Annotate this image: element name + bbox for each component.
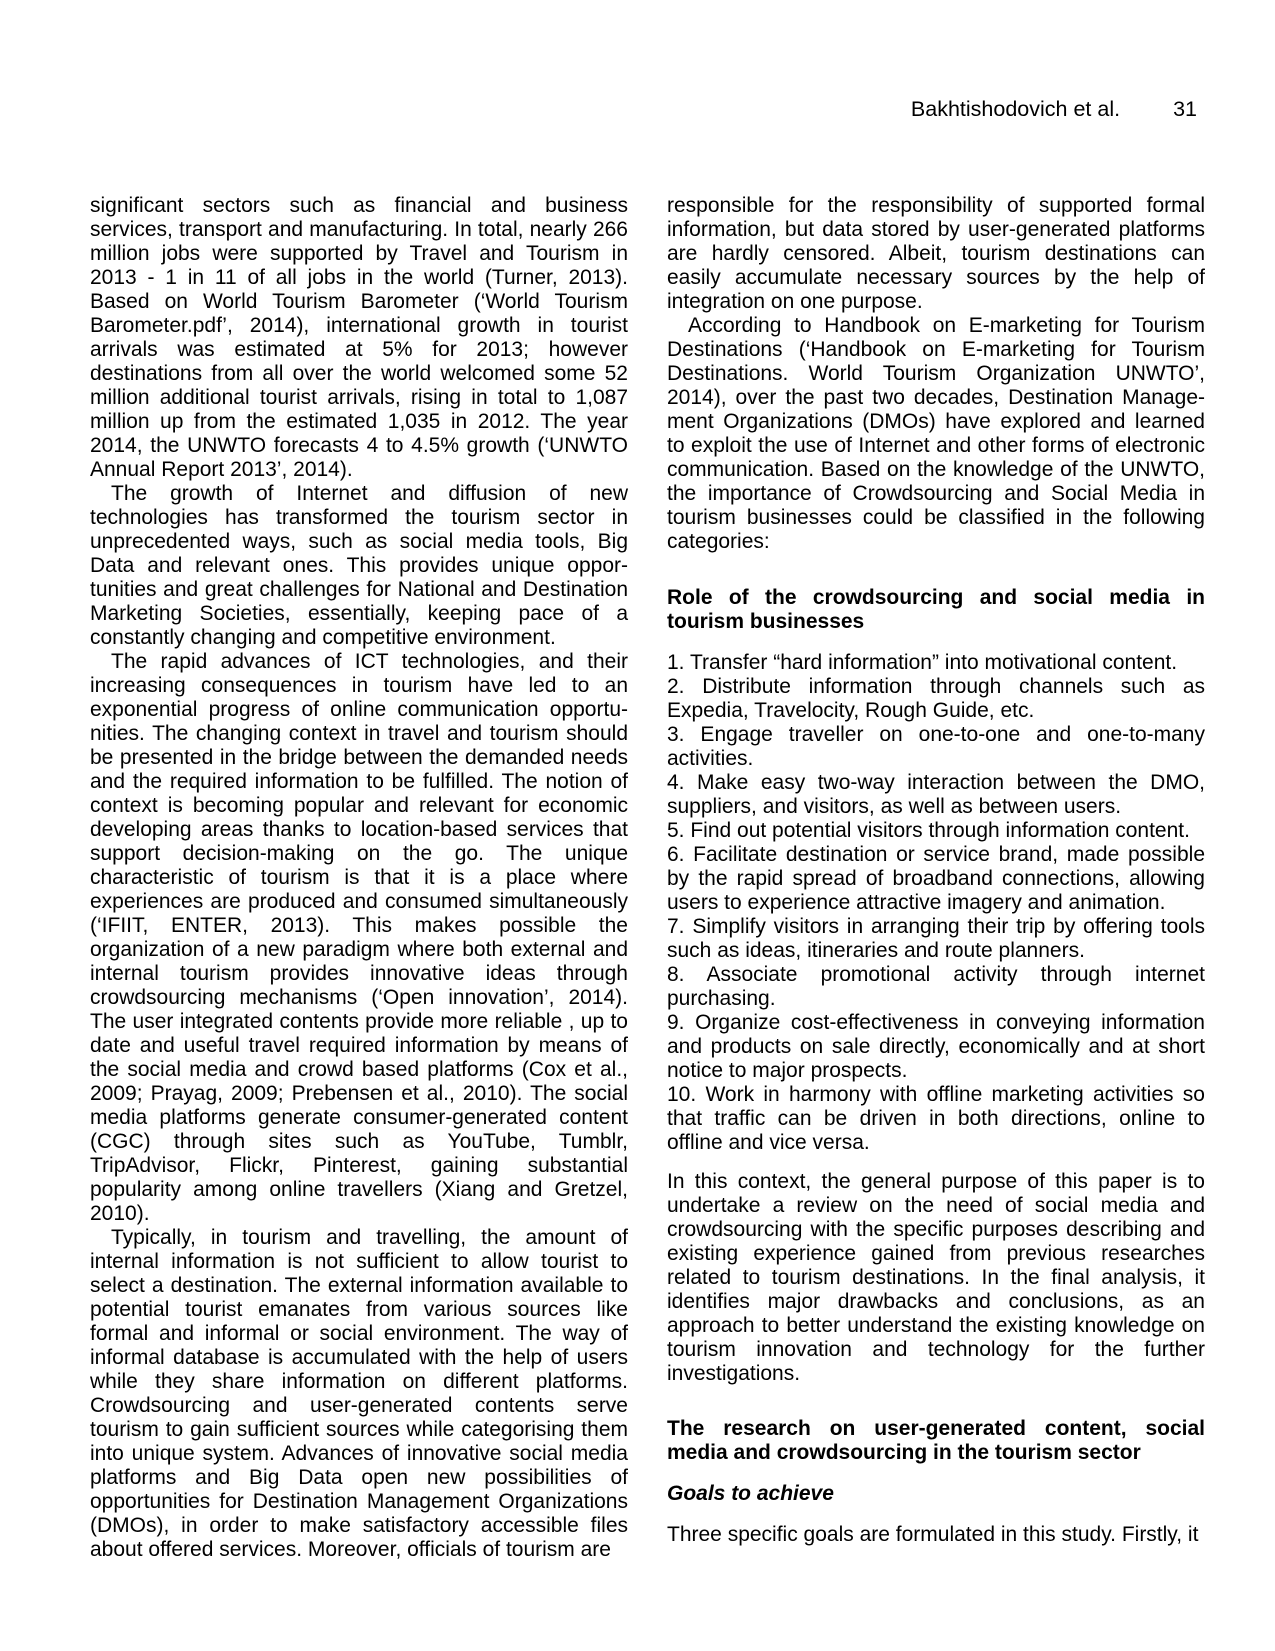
paragraph: The growth of Internet and diffusion of …	[90, 482, 628, 650]
list-item-5: 5. Find out potential visitors through i…	[667, 819, 1205, 843]
paragraph: Three specific goals are formulated in t…	[667, 1523, 1205, 1547]
list-item-7: 7. Simplify visitors in arranging their …	[667, 915, 1205, 963]
list-item-9: 9. Organize cost-effectiveness in convey…	[667, 1011, 1205, 1083]
paragraph: Typically, in tourism and travelling, th…	[90, 1226, 628, 1562]
section-heading-research: The research on user-generated content, …	[667, 1417, 1205, 1465]
section-heading-role: Role of the crowdsourcing and social med…	[667, 586, 1205, 634]
running-head-authors: Bakhtishodovich et al.	[911, 97, 1120, 121]
list-item-3: 3. Engage traveller on one-to-one and on…	[667, 723, 1205, 771]
numbered-list: 1. Transfer “hard information” into moti…	[667, 651, 1205, 1155]
page-number: 31	[1173, 97, 1197, 121]
paragraph: According to Handbook on E-marketing for…	[667, 314, 1205, 554]
list-item-4: 4. Make easy two-way interaction between…	[667, 771, 1205, 819]
two-column-body: significant sectors such as financial an…	[90, 194, 1205, 1562]
paragraph: significant sectors such as financial an…	[90, 194, 628, 482]
left-column: significant sectors such as financial an…	[90, 194, 628, 1562]
list-item-1: 1. Transfer “hard information” into moti…	[667, 651, 1205, 675]
paper-page: Bakhtishodovich et al. 31 significant se…	[0, 0, 1275, 1651]
paragraph: In this context, the general purpose of …	[667, 1170, 1205, 1386]
list-item-10: 10. Work in harmony with offline marketi…	[667, 1083, 1205, 1155]
list-item-8: 8. Associate promotional activity throug…	[667, 963, 1205, 1011]
list-item-6: 6. Facilitate destination or service bra…	[667, 843, 1205, 915]
list-item-2: 2. Distribute information through channe…	[667, 675, 1205, 723]
running-header: Bakhtishodovich et al. 31	[911, 97, 1197, 121]
paragraph: The rapid advances of ICT technologies, …	[90, 650, 628, 1226]
paragraph: responsible for the responsibility of su…	[667, 194, 1205, 314]
sub-heading-goals: Goals to achieve	[667, 1482, 1205, 1506]
right-column: responsible for the responsibility of su…	[667, 194, 1205, 1562]
